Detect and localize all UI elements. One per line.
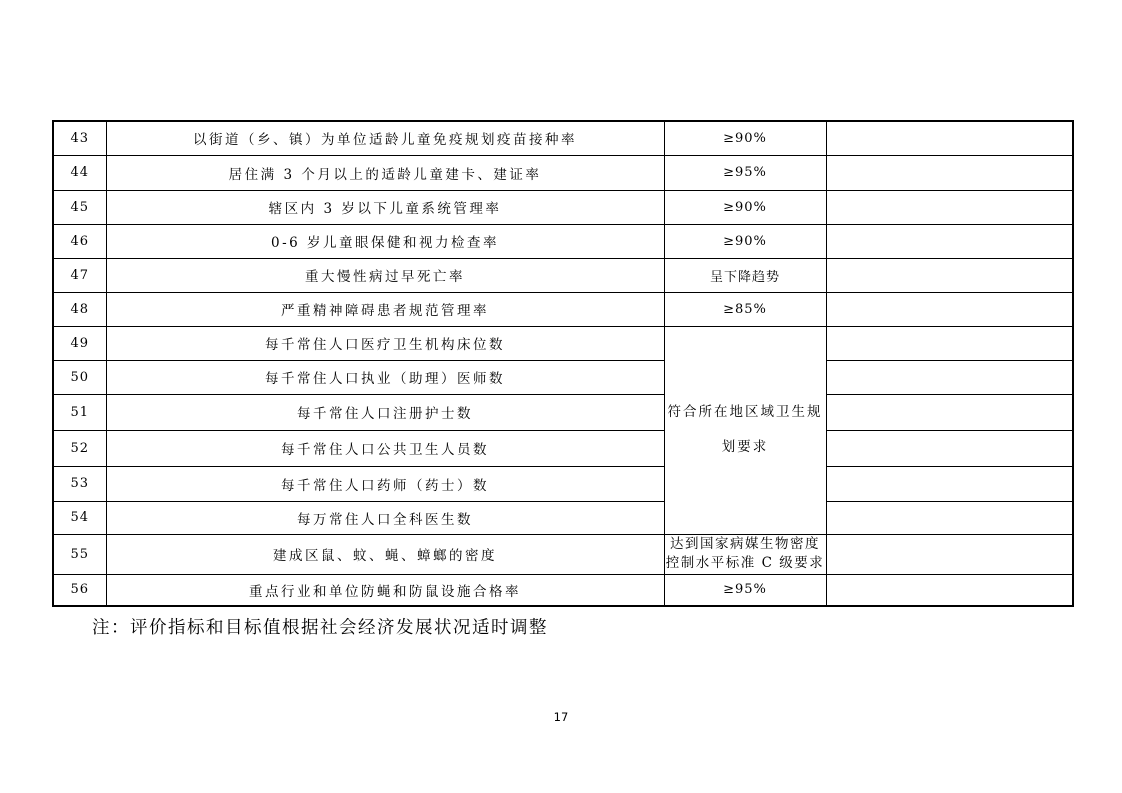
indicator-name: 每千常住人口药师（药士）数 [106,466,664,501]
table-row: 44居住满 3 个月以上的适龄儿童建卡、建证率≥95% [53,155,1073,190]
table-row: 50每千常住人口执业（助理）医师数 [53,360,1073,394]
empty-cell [826,155,1073,190]
row-number: 48 [53,292,106,326]
table-row: 43以街道（乡、镇）为单位适龄儿童免疫规划疫苗接种率≥90% [53,121,1073,155]
table-row: 460-6 岁儿童眼保健和视力检查率≥90% [53,224,1073,258]
row-number: 45 [53,190,106,224]
indicator-name: 以街道（乡、镇）为单位适龄儿童免疫规划疫苗接种率 [106,121,664,155]
indicator-name: 重大慢性病过早死亡率 [106,258,664,292]
row-number: 52 [53,430,106,466]
table-row: 56重点行业和单位防蝇和防鼠设施合格率≥95% [53,574,1073,606]
empty-cell [826,430,1073,466]
empty-cell [826,574,1073,606]
table-row: 47重大慢性病过早死亡率呈下降趋势 [53,258,1073,292]
empty-cell [826,466,1073,501]
indicator-name: 重点行业和单位防蝇和防鼠设施合格率 [106,574,664,606]
target-value: ≥95% [664,155,826,190]
table-row: 51每千常住人口注册护士数 [53,394,1073,430]
table-row: 49每千常住人口医疗卫生机构床位数符合所在地区域卫生规划要求 [53,326,1073,360]
target-value: ≥95% [664,574,826,606]
indicator-table: 43以街道（乡、镇）为单位适龄儿童免疫规划疫苗接种率≥90%44居住满 3 个月… [52,120,1074,607]
empty-cell [826,292,1073,326]
empty-cell [826,190,1073,224]
table-row: 55建成区鼠、蚊、蝇、蟑螂的密度达到国家病媒生物密度控制水平标准 C 级要求 [53,534,1073,574]
empty-cell [826,501,1073,534]
table-row: 45辖区内 3 岁以下儿童系统管理率≥90% [53,190,1073,224]
target-value: ≥85% [664,292,826,326]
indicator-name: 每万常住人口全科医生数 [106,501,664,534]
row-number: 49 [53,326,106,360]
target-value: 达到国家病媒生物密度控制水平标准 C 级要求 [664,534,826,574]
empty-cell [826,394,1073,430]
row-number: 54 [53,501,106,534]
indicator-name: 严重精神障碍患者规范管理率 [106,292,664,326]
indicator-name: 每千常住人口医疗卫生机构床位数 [106,326,664,360]
empty-cell [826,258,1073,292]
empty-cell [826,224,1073,258]
indicator-name: 建成区鼠、蚊、蝇、蟑螂的密度 [106,534,664,574]
row-number: 51 [53,394,106,430]
table-row: 53每千常住人口药师（药士）数 [53,466,1073,501]
target-value: ≥90% [664,190,826,224]
page-number: 17 [0,710,1122,724]
row-number: 46 [53,224,106,258]
indicator-name: 每千常住人口注册护士数 [106,394,664,430]
empty-cell [826,534,1073,574]
target-value: 呈下降趋势 [664,258,826,292]
indicator-name: 0-6 岁儿童眼保健和视力检查率 [106,224,664,258]
indicator-name: 每千常住人口公共卫生人员数 [106,430,664,466]
table-row: 54每万常住人口全科医生数 [53,501,1073,534]
row-number: 53 [53,466,106,501]
indicator-name: 辖区内 3 岁以下儿童系统管理率 [106,190,664,224]
row-number: 47 [53,258,106,292]
row-number: 56 [53,574,106,606]
target-value: ≥90% [664,121,826,155]
indicator-name: 居住满 3 个月以上的适龄儿童建卡、建证率 [106,155,664,190]
indicator-name: 每千常住人口执业（助理）医师数 [106,360,664,394]
target-value-merged: 符合所在地区域卫生规划要求 [664,326,826,534]
row-number: 44 [53,155,106,190]
table-row: 48严重精神障碍患者规范管理率≥85% [53,292,1073,326]
row-number: 55 [53,534,106,574]
empty-cell [826,326,1073,360]
empty-cell [826,121,1073,155]
row-number: 50 [53,360,106,394]
row-number: 43 [53,121,106,155]
target-value: ≥90% [664,224,826,258]
table-row: 52每千常住人口公共卫生人员数 [53,430,1073,466]
footnote: 注：评价指标和目标值根据社会经济发展状况适时调整 [92,614,548,639]
document-page: 43以街道（乡、镇）为单位适龄儿童免疫规划疫苗接种率≥90%44居住满 3 个月… [0,0,1122,793]
empty-cell [826,360,1073,394]
